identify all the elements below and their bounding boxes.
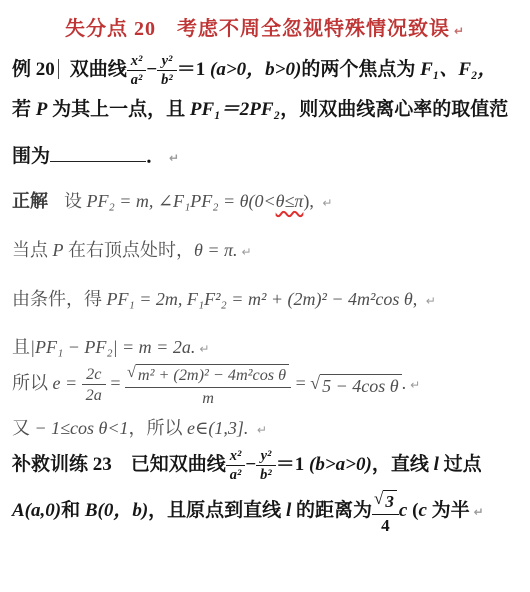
section-heading: 失分点 20 考虑不周全忽视特殊情况致误↵ xyxy=(12,12,518,41)
radical-sign: √ xyxy=(127,364,136,382)
fraction-y2-b2: y²b² xyxy=(157,53,177,88)
comma: , xyxy=(413,289,422,309)
solution-line-5: 所以 e = 2c2a = √m² + (2m)² − 4m²cos θm = … xyxy=(12,363,518,406)
square-root: √5 − 4cos θ xyxy=(310,374,401,398)
open-paren: ( xyxy=(407,500,418,521)
return-mark: ↵ xyxy=(199,342,209,356)
solution-line-3: 由条件，得 PF₁ = 2m, F₁F²₂ = m² + (2m)² − 4m²… xyxy=(12,288,518,311)
radical-sign: √ xyxy=(374,490,383,509)
solution-line-6: 又 − 1≤cos θ<1，所以 e∈(1,3]. ↵ xyxy=(12,417,518,440)
minus-sign: − xyxy=(146,59,157,80)
divider-bar xyxy=(58,59,59,79)
solution-line-4: 且|PF₁ − PF₂| = m = 2a.↵ xyxy=(12,336,518,359)
problem-line-3: 围为．↵ xyxy=(12,145,518,170)
training-text: 已知双曲线 xyxy=(112,454,226,475)
problem-label: 例 20 xyxy=(12,59,55,80)
solution-label: 正解 xyxy=(12,191,48,211)
solution-text: ), xyxy=(303,191,318,211)
training-text: 的距离为 xyxy=(291,500,372,521)
problem-line-2: 若 P 为其上一点，且 PF₁＝2PF₂，则双曲线离心率的取值范 xyxy=(12,98,518,123)
solution-line-2: 当点 P 在右顶点处时，θ = π.↵ xyxy=(12,239,518,262)
fraction-denominator: a² xyxy=(226,466,246,483)
fraction-numerator: y² xyxy=(157,53,177,71)
eccentricity-range: e∈(1,3]. xyxy=(187,418,253,438)
fraction-numerator: √3 xyxy=(372,489,399,514)
period: ． xyxy=(146,146,165,167)
section-heading-text: 失分点 20 考虑不周全忽视特殊情况致误 xyxy=(65,18,450,40)
training-line-2: A(a,0)和 B(0，b)，且原点到直线 l 的距离为√34c (c 为半↵ xyxy=(12,489,518,535)
math-expression: PF₁ = 2m, xyxy=(107,289,187,309)
training-text: ，直线 xyxy=(372,454,434,475)
fraction-numerator: 2c xyxy=(82,365,106,385)
fraction-numerator: y² xyxy=(256,448,276,466)
return-mark: ↵ xyxy=(169,151,179,165)
return-mark: ↵ xyxy=(322,196,332,210)
point-p: P xyxy=(36,99,48,120)
solution-text: 由条件，得 xyxy=(12,289,107,309)
radicand: 5 − 4cos θ xyxy=(320,374,401,398)
problem-text: 若 xyxy=(12,99,36,120)
minus-sign: − xyxy=(245,454,256,475)
return-mark: ↵ xyxy=(426,294,436,308)
difference-equation: |PF₁ − PF₂| = m = 2a. xyxy=(30,337,195,357)
training-text: 过点 xyxy=(439,454,482,475)
solution-text: 所以 xyxy=(12,373,53,393)
fraction-numerator: x² xyxy=(226,448,246,466)
domain-condition: (a>0，b>0) xyxy=(210,59,301,80)
point-a: A(a,0) xyxy=(12,500,61,521)
point-p: P xyxy=(53,240,64,260)
foci-symbols: F₁、F₂， xyxy=(420,59,497,80)
math-document-page: 失分点 20 考虑不周全忽视特殊情况致误↵ 例 20双曲线x²a²−y²b²＝1… xyxy=(0,0,530,592)
fraction-x2-a2: x²a² xyxy=(127,53,147,88)
problem-line-1: 例 20双曲线x²a²−y²b²＝1 (a>0，b>0)的两个焦点为 F₁、F₂… xyxy=(12,53,518,88)
math-expression: ∠F₁PF₂ = θ(0< xyxy=(158,191,276,211)
pf-equation: PF₁＝2PF₂ xyxy=(190,99,280,120)
e-equals: e = xyxy=(53,373,82,393)
solution-line-1: 正解设 PF₂ = m, ∠F₁PF₂ = θ(0<θ≤π), ↵ xyxy=(12,190,518,213)
fraction-sqrt-over-m: √m² + (2m)² − 4m²cos θm xyxy=(125,363,291,406)
problem-text: 的两个焦点为 xyxy=(301,59,420,80)
answer-blank xyxy=(50,147,146,162)
solution-text: 在右顶点处时， xyxy=(64,240,195,260)
solution-text: 设 xyxy=(64,191,87,211)
problem-text: 围为 xyxy=(12,146,50,167)
point-b: B(0，b) xyxy=(85,500,148,521)
period: . xyxy=(402,373,407,393)
fraction-denominator: b² xyxy=(157,71,177,88)
theta-equation: θ = π. xyxy=(194,240,238,260)
fraction-sqrt3-4: √34 xyxy=(372,489,399,535)
square-root: √m² + (2m)² − 4m²cos θ xyxy=(127,364,289,385)
fraction-denominator: 4 xyxy=(372,515,399,535)
radicand: 3 xyxy=(383,490,397,512)
solution-text: 当点 xyxy=(12,240,53,260)
fraction-y2-b2: y²b² xyxy=(256,448,276,483)
equals-sign: = xyxy=(106,373,125,393)
problem-text: ，则双曲线离心率的取值范 xyxy=(280,99,508,120)
solution-text: 又 xyxy=(12,418,35,438)
training-text: ，且原点到直线 xyxy=(148,500,286,521)
training-label: 补救训练 23 xyxy=(12,454,112,475)
training-text: 和 xyxy=(61,500,85,521)
math-expression: PF₂ = m, xyxy=(87,191,158,211)
cos-range: − 1≤cos θ<1 xyxy=(35,418,129,438)
wavy-underlined-theta-range: θ≤π xyxy=(276,191,304,211)
fraction-denominator: b² xyxy=(256,466,276,483)
return-mark: ↵ xyxy=(257,423,267,437)
fraction-denominator: m xyxy=(125,388,291,407)
square-root: √3 xyxy=(374,490,397,512)
fraction-x2-a2: x²a² xyxy=(226,448,246,483)
domain-condition: (b>a>0) xyxy=(309,454,372,475)
equals-one: ＝1 xyxy=(276,454,309,475)
equals-one: ＝1 xyxy=(177,59,210,80)
training-line-1: 补救训练 23 已知双曲线x²a²−y²b²＝1 (b>a>0)，直线 l 过点 xyxy=(12,448,518,483)
solution-text: ，所以 xyxy=(129,418,188,438)
radicand: m² + (2m)² − 4m²cos θ xyxy=(136,364,289,385)
return-mark: ↵ xyxy=(454,24,465,38)
radical-sign: √ xyxy=(310,374,320,394)
equals-sign: = xyxy=(291,373,310,393)
problem-text: 为其上一点，且 xyxy=(47,99,190,120)
c-variable: c xyxy=(418,500,426,521)
fraction-numerator: √m² + (2m)² − 4m²cos θ xyxy=(125,363,291,387)
cosine-law-expression: F₁F²₂ = m² + (2m)² − 4m²cos θ xyxy=(187,289,413,309)
fraction-denominator: a² xyxy=(127,71,147,88)
return-mark: ↵ xyxy=(474,505,484,519)
solution-text: 且 xyxy=(12,337,30,357)
return-mark: ↵ xyxy=(242,245,252,259)
problem-intro: 双曲线 xyxy=(70,59,127,80)
fraction-2c-2a: 2c2a xyxy=(82,365,106,404)
return-mark: ↵ xyxy=(410,378,420,392)
fraction-numerator: x² xyxy=(127,53,147,71)
fraction-denominator: 2a xyxy=(82,385,106,404)
training-text: 为半 xyxy=(427,500,470,521)
